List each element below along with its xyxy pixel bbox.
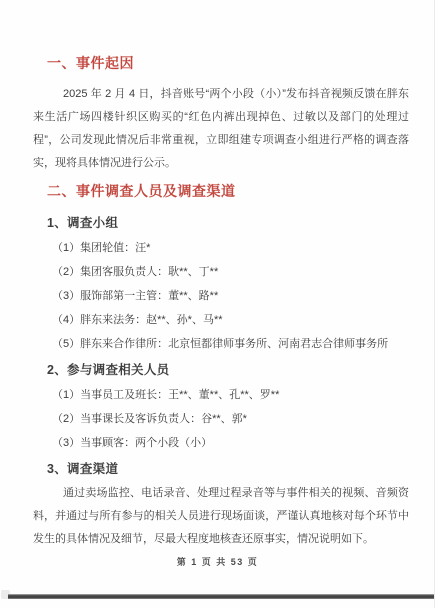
list-item: （1）当事员工及班长：王**、董**、孔**、罗** <box>52 383 409 407</box>
list-item: （4）胖东来法务：赵**、孙*、马** <box>52 308 409 332</box>
document-content: 一、事件起因 2025 年 2 月 4 日，抖音账号“两个小段（小）”发布抖音视… <box>33 53 409 557</box>
group-title-investigation-team: 1、调查小组 <box>47 212 409 234</box>
section-heading-investigation: 二、事件调查人员及调查渠道 <box>47 181 409 201</box>
list-item: （3）当事顾客：两个小段（小） <box>52 431 409 455</box>
related-persons-list: （1）当事员工及班长：王**、董**、孔**、罗** （2）当事课长及客诉负责人… <box>33 383 409 455</box>
group-title-related-persons: 2、参与调查相关人员 <box>47 359 409 381</box>
document-page: 一、事件起因 2025 年 2 月 4 日，抖音账号“两个小段（小）”发布抖音视… <box>0 0 435 608</box>
list-item: （3）服饰部第一主管：董**、路** <box>52 284 409 308</box>
list-item: （1）集团轮值：汪* <box>52 236 409 260</box>
section-heading-event-cause: 一、事件起因 <box>47 53 409 73</box>
list-item: （5）胖东来合作律所：北京恒都律师事务所、河南君志合律师事务所 <box>52 332 409 356</box>
group-title-investigation-channels: 3、调查渠道 <box>47 458 409 480</box>
list-item: （2）集团客服负责人：耿**、丁** <box>52 260 409 284</box>
list-item: （2）当事课长及客诉负责人：谷**、郭* <box>52 407 409 431</box>
investigation-team-list: （1）集团轮值：汪* （2）集团客服负责人：耿**、丁** （3）服饰部第一主管… <box>33 236 409 356</box>
paragraph-investigation-channels: 通过卖场监控、电话录音、处理过程录音等与事件相关的视频、音频资料，并通过与所有参… <box>33 482 409 551</box>
page-number-footer: 第 1 页 共 53 页 <box>0 555 435 568</box>
page-bottom-edge <box>8 594 435 599</box>
paragraph-event-cause: 2025 年 2 月 4 日，抖音账号“两个小段（小）”发布抖音视频反馈在胖东来… <box>33 83 409 175</box>
